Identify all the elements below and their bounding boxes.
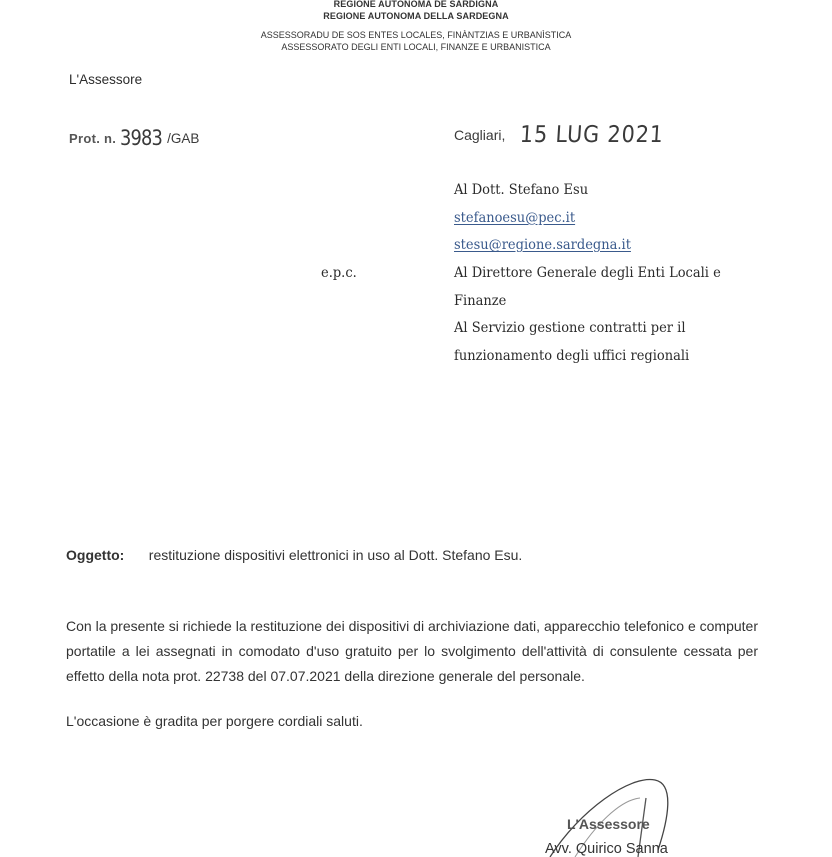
subject-label: Oggetto:	[66, 547, 124, 563]
body-paragraph: Con la presente si richiede la restituzi…	[66, 614, 758, 689]
subject-text: restituzione dispositivi elettronici in …	[149, 547, 523, 563]
sender-label: L'Assessore	[69, 72, 142, 87]
recipient-name: Al Dott. Stefano Esu	[454, 177, 631, 205]
protocol-handwritten-number: 3983	[120, 126, 162, 150]
cc-line: Finanze	[454, 288, 733, 316]
closing-line: L'occasione è gradita per porgere cordia…	[66, 713, 363, 729]
place-date: Cagliari, 15 LUG 2021	[454, 122, 680, 148]
cc-line: funzionamento degli uffici regionali	[454, 343, 733, 371]
header-dept-sardinian: ASSESSORADU DE SOS ENTES LOCALES, FINÀNT…	[0, 30, 832, 40]
recipient-block: Al Dott. Stefano Esu stefanoesu@pec.it s…	[454, 177, 631, 260]
signature-name: Avv. Quirico Sanna	[545, 841, 668, 857]
protocol-suffix: /GAB	[167, 131, 199, 146]
header-dept-italian: ASSESSORATO DEGLI ENTI LOCALI, FINANZE E…	[0, 42, 832, 52]
header-region-sardinian: REGIONE AUTÒNOMA DE SARDIGNA	[0, 0, 832, 9]
signature-title: L'Assessore	[567, 816, 650, 832]
subject-line: Oggetto: restituzione dispositivi elettr…	[66, 547, 522, 565]
protocol-label: Prot. n.	[69, 131, 116, 146]
cc-recipients: Al Direttore Generale degli Enti Locali …	[454, 260, 733, 370]
recipient-email-regione[interactable]: stesu@regione.sardegna.it	[454, 232, 631, 260]
cc-line: Al Servizio gestione contratti per il	[454, 315, 733, 343]
handwritten-date: 15 LUG 2021	[519, 122, 664, 148]
recipient-email-pec[interactable]: stefanoesu@pec.it	[454, 205, 631, 233]
header-region-italian: REGIONE AUTONOMA DELLA SARDEGNA	[0, 11, 832, 21]
place: Cagliari,	[454, 127, 505, 143]
protocol-number: Prot. n. 3983 /GAB	[69, 124, 199, 148]
cc-line: Al Direttore Generale degli Enti Locali …	[454, 260, 733, 288]
cc-label: e.p.c.	[321, 260, 357, 288]
